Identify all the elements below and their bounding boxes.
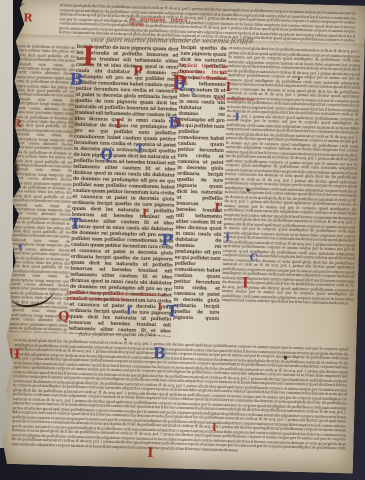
bottom-gloss-block: et nota quod gloſa dicit hic de poſſeſſi… [11,338,348,465]
rubric-line-column-b: Explicit titulus de pignoribus Incipit d… [178,63,228,81]
left-margin-gloss: nota de poſſeſſione et dominio ar. ſupra… [10,44,76,334]
rubric-line-top: de poſſeſſione rubrica titulus [129,17,187,29]
ink-speck [124,338,126,340]
ink-speck [247,189,250,192]
tear-mark-top-left [9,1,34,36]
manuscript-photo: et nota quod gloſa dicit hic de poſſeſſi… [0,0,365,480]
main-text-column-b: Incipit queſtio de iure pignoris quam di… [173,45,227,322]
handwritten-note-top: vice petri martis ſolima dande de vecemi… [90,36,263,45]
ink-speck [298,78,300,80]
parchment-page: et nota quod gloſa dicit hic de poſſeſſi… [1,0,365,474]
initial-r: R [23,12,32,23]
right-margin-gloss: et nota quod gloſa dicit hic de poſſeſſi… [221,46,361,322]
